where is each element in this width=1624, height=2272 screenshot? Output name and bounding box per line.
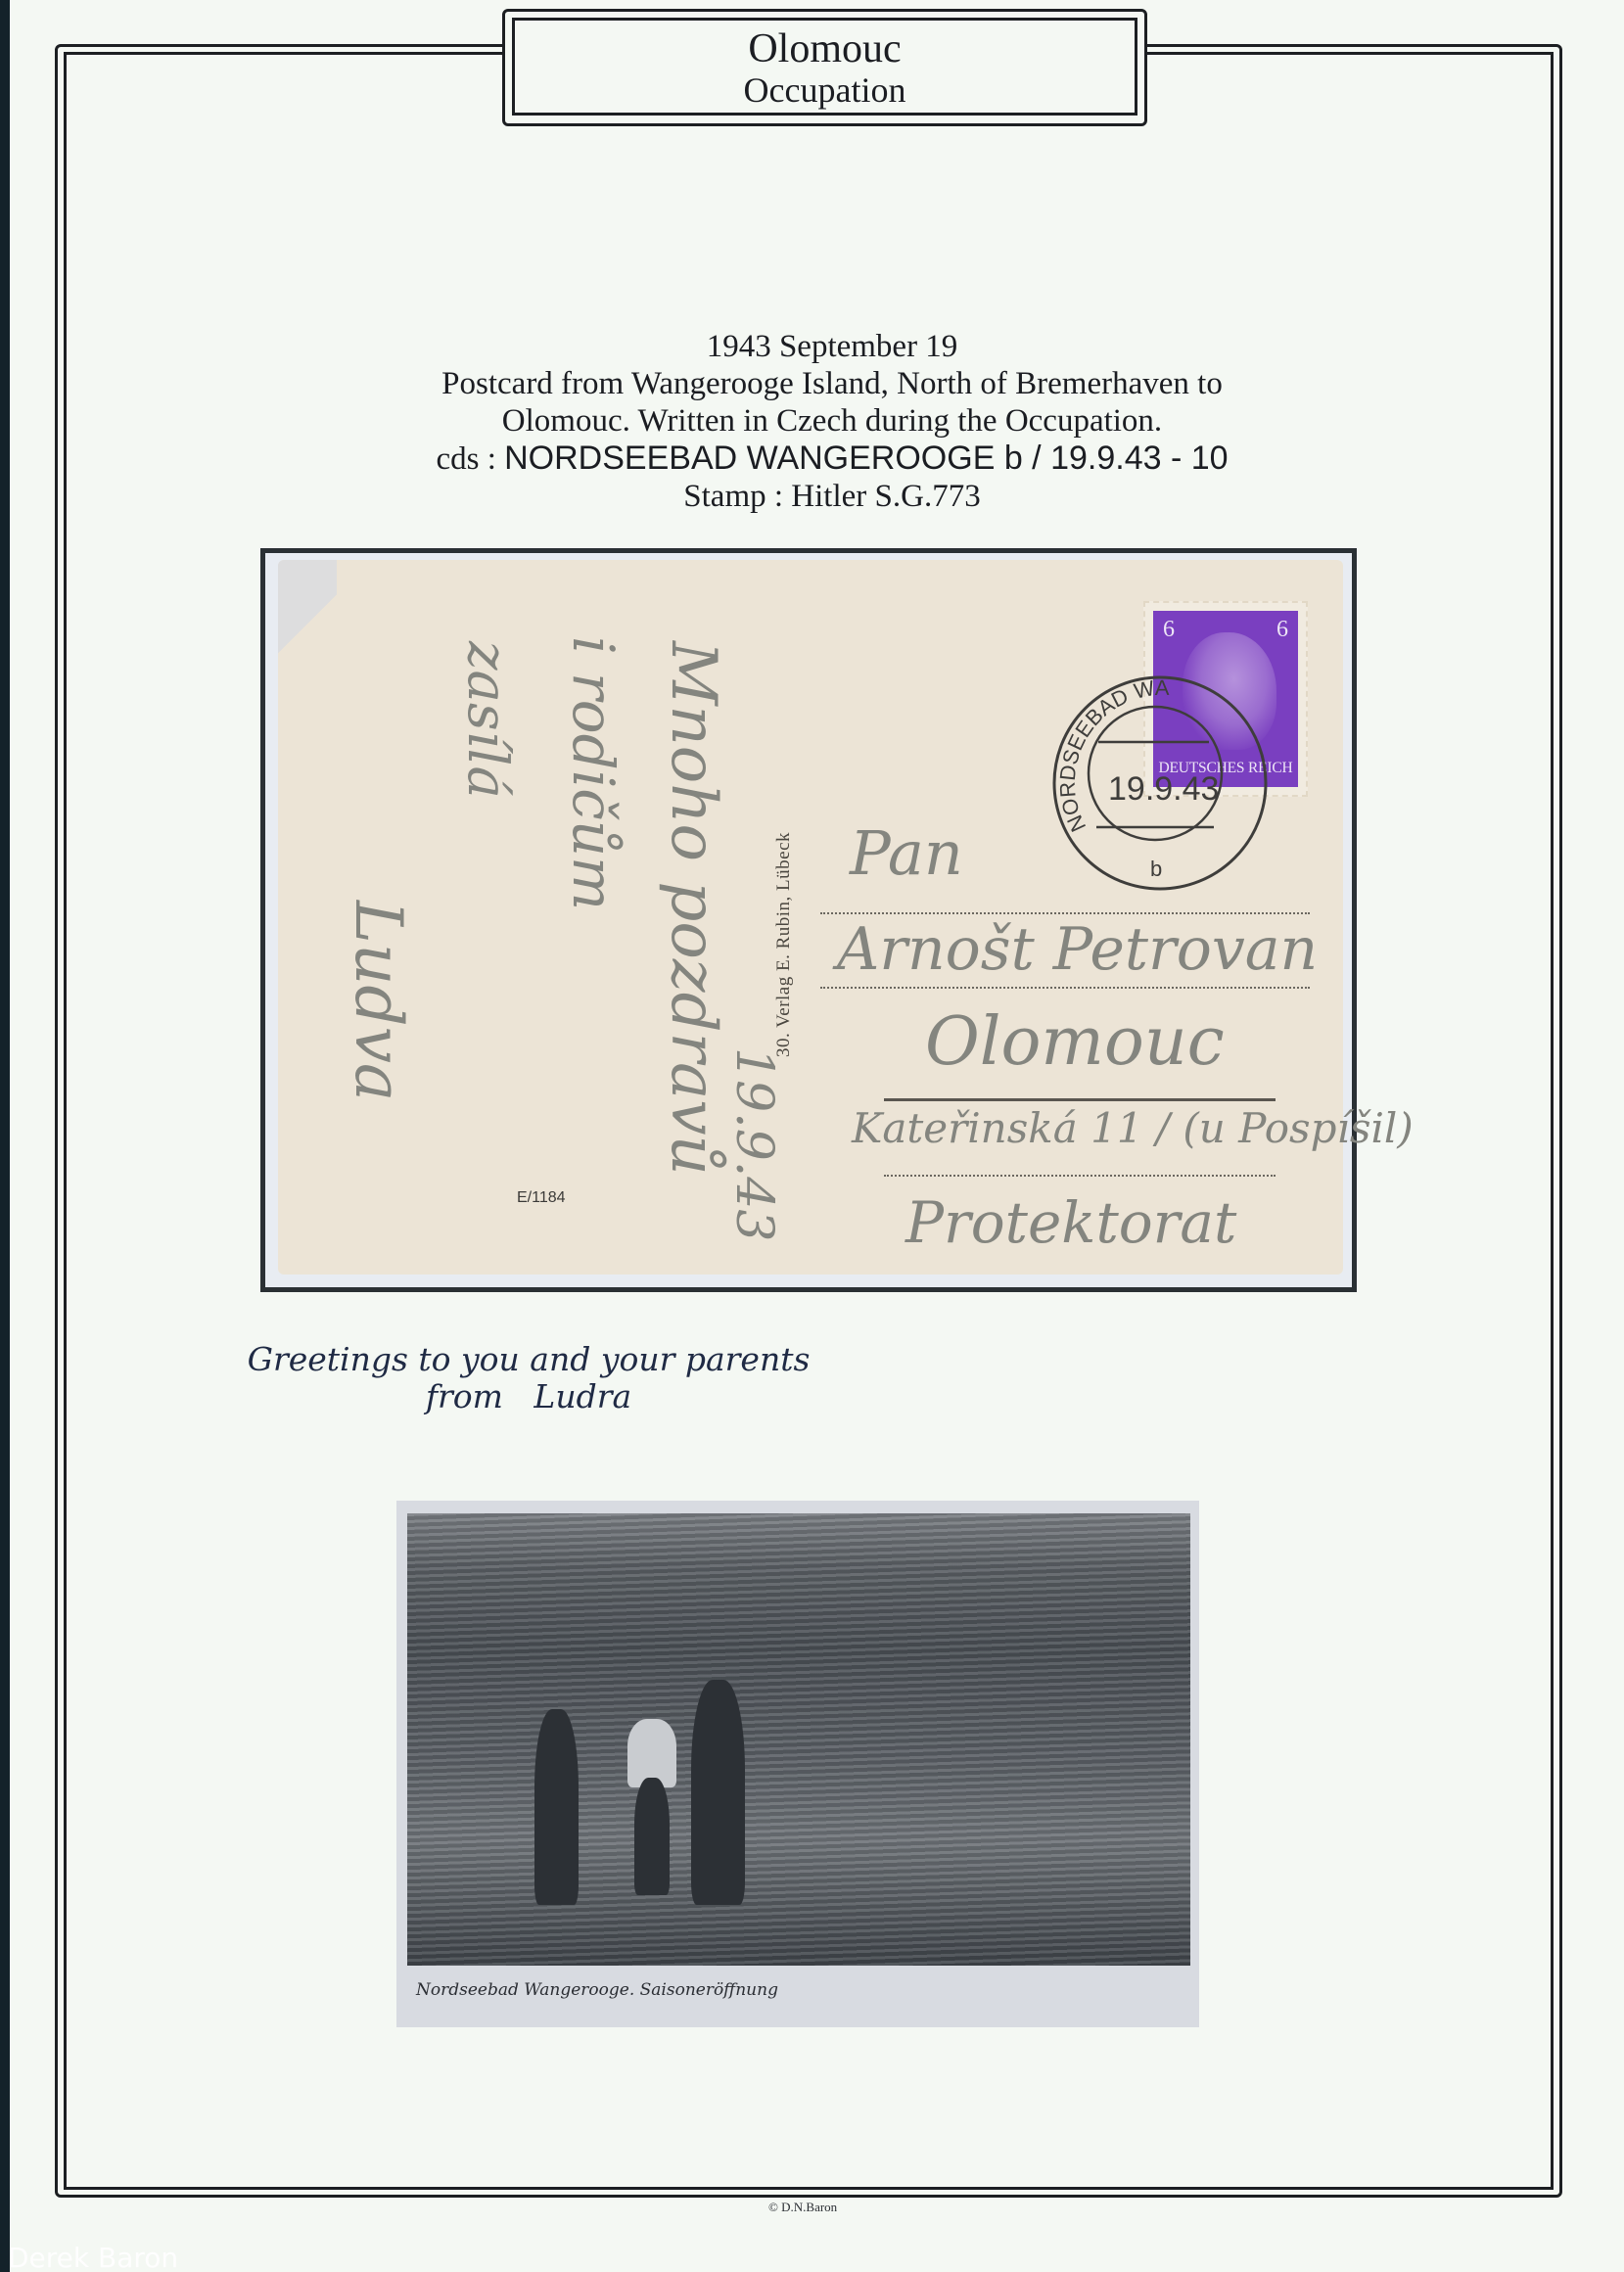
photo-caption: Nordseebad Wangerooge. Saisoneröffnung — [416, 1980, 778, 2000]
publisher-imprint: 30. Verlag E. Rubin, Lübeck — [773, 832, 795, 1057]
description-line-1: Postcard from Wangerooge Island, North o… — [294, 365, 1370, 402]
stamp-face: 6 6 DEUTSCHES REICH — [1153, 611, 1298, 787]
message-line-1: Mnoho pozdravů — [657, 641, 729, 1176]
address-street: Kateřinská 11 / (u Pospíšil) — [852, 1104, 1414, 1152]
message-line-3: zasílá — [455, 641, 519, 799]
message-signature: Ludva — [341, 901, 416, 1101]
item-date: 1943 September 19 — [294, 328, 1370, 365]
page-title: Olomouc — [515, 27, 1135, 70]
stamp-line: Stamp : Hitler S.G.773 — [294, 478, 1370, 515]
cds-line: cds : NORDSEEBAD WANGEROOGE b / 19.9.43 … — [294, 440, 1370, 478]
address-name: Arnošt Petrovan — [837, 915, 1318, 984]
address-salutation: Pan — [850, 817, 963, 889]
portrait-icon — [1183, 632, 1276, 750]
address-rule-1 — [820, 912, 1310, 914]
cds-label: cds : — [436, 441, 504, 477]
scan-edge-strip — [0, 0, 10, 2272]
photo-corner — [278, 560, 337, 687]
postage-stamp: 6 6 DEUTSCHES REICH — [1143, 601, 1308, 797]
stamp-value-right: 6 — [1276, 617, 1288, 643]
address-rule-4 — [884, 1175, 1276, 1177]
item-description: 1943 September 19 Postcard from Wangeroo… — [294, 328, 1370, 515]
translation-line-1: Greetings to you and your parents — [206, 1341, 852, 1378]
beach-photo — [407, 1513, 1190, 1966]
address-region: Protektorat — [905, 1189, 1236, 1256]
message-line-2: i rodičům — [560, 636, 626, 910]
copyright-footer: © D.N.Baron — [768, 2200, 837, 2215]
stamp-value-left: 6 — [1163, 617, 1175, 643]
child-figure-left — [534, 1709, 579, 1905]
watermark: Derek Baron — [8, 2242, 178, 2272]
address-city: Olomouc — [925, 1003, 1225, 1081]
child-figure-right — [691, 1680, 745, 1905]
translation: Greetings to you and your parents from L… — [206, 1341, 852, 1415]
stamp-country: DEUTSCHES REICH — [1153, 760, 1298, 777]
title-box: Olomouc Occupation — [512, 18, 1137, 116]
cds-value: NORDSEEBAD WANGEROOGE b / 19.9.43 - 10 — [504, 440, 1228, 477]
address-rule-2 — [820, 987, 1310, 989]
message-date: 19.9.43 — [724, 1047, 783, 1241]
translation-line-2: from Ludra — [206, 1378, 852, 1415]
address-rule-3 — [884, 1098, 1276, 1101]
page-subtitle: Occupation — [515, 70, 1135, 110]
description-line-2: Olomouc. Written in Czech during the Occ… — [294, 402, 1370, 440]
reference-code: E/1184 — [517, 1189, 566, 1207]
child-figure-middle-legs — [634, 1778, 670, 1895]
